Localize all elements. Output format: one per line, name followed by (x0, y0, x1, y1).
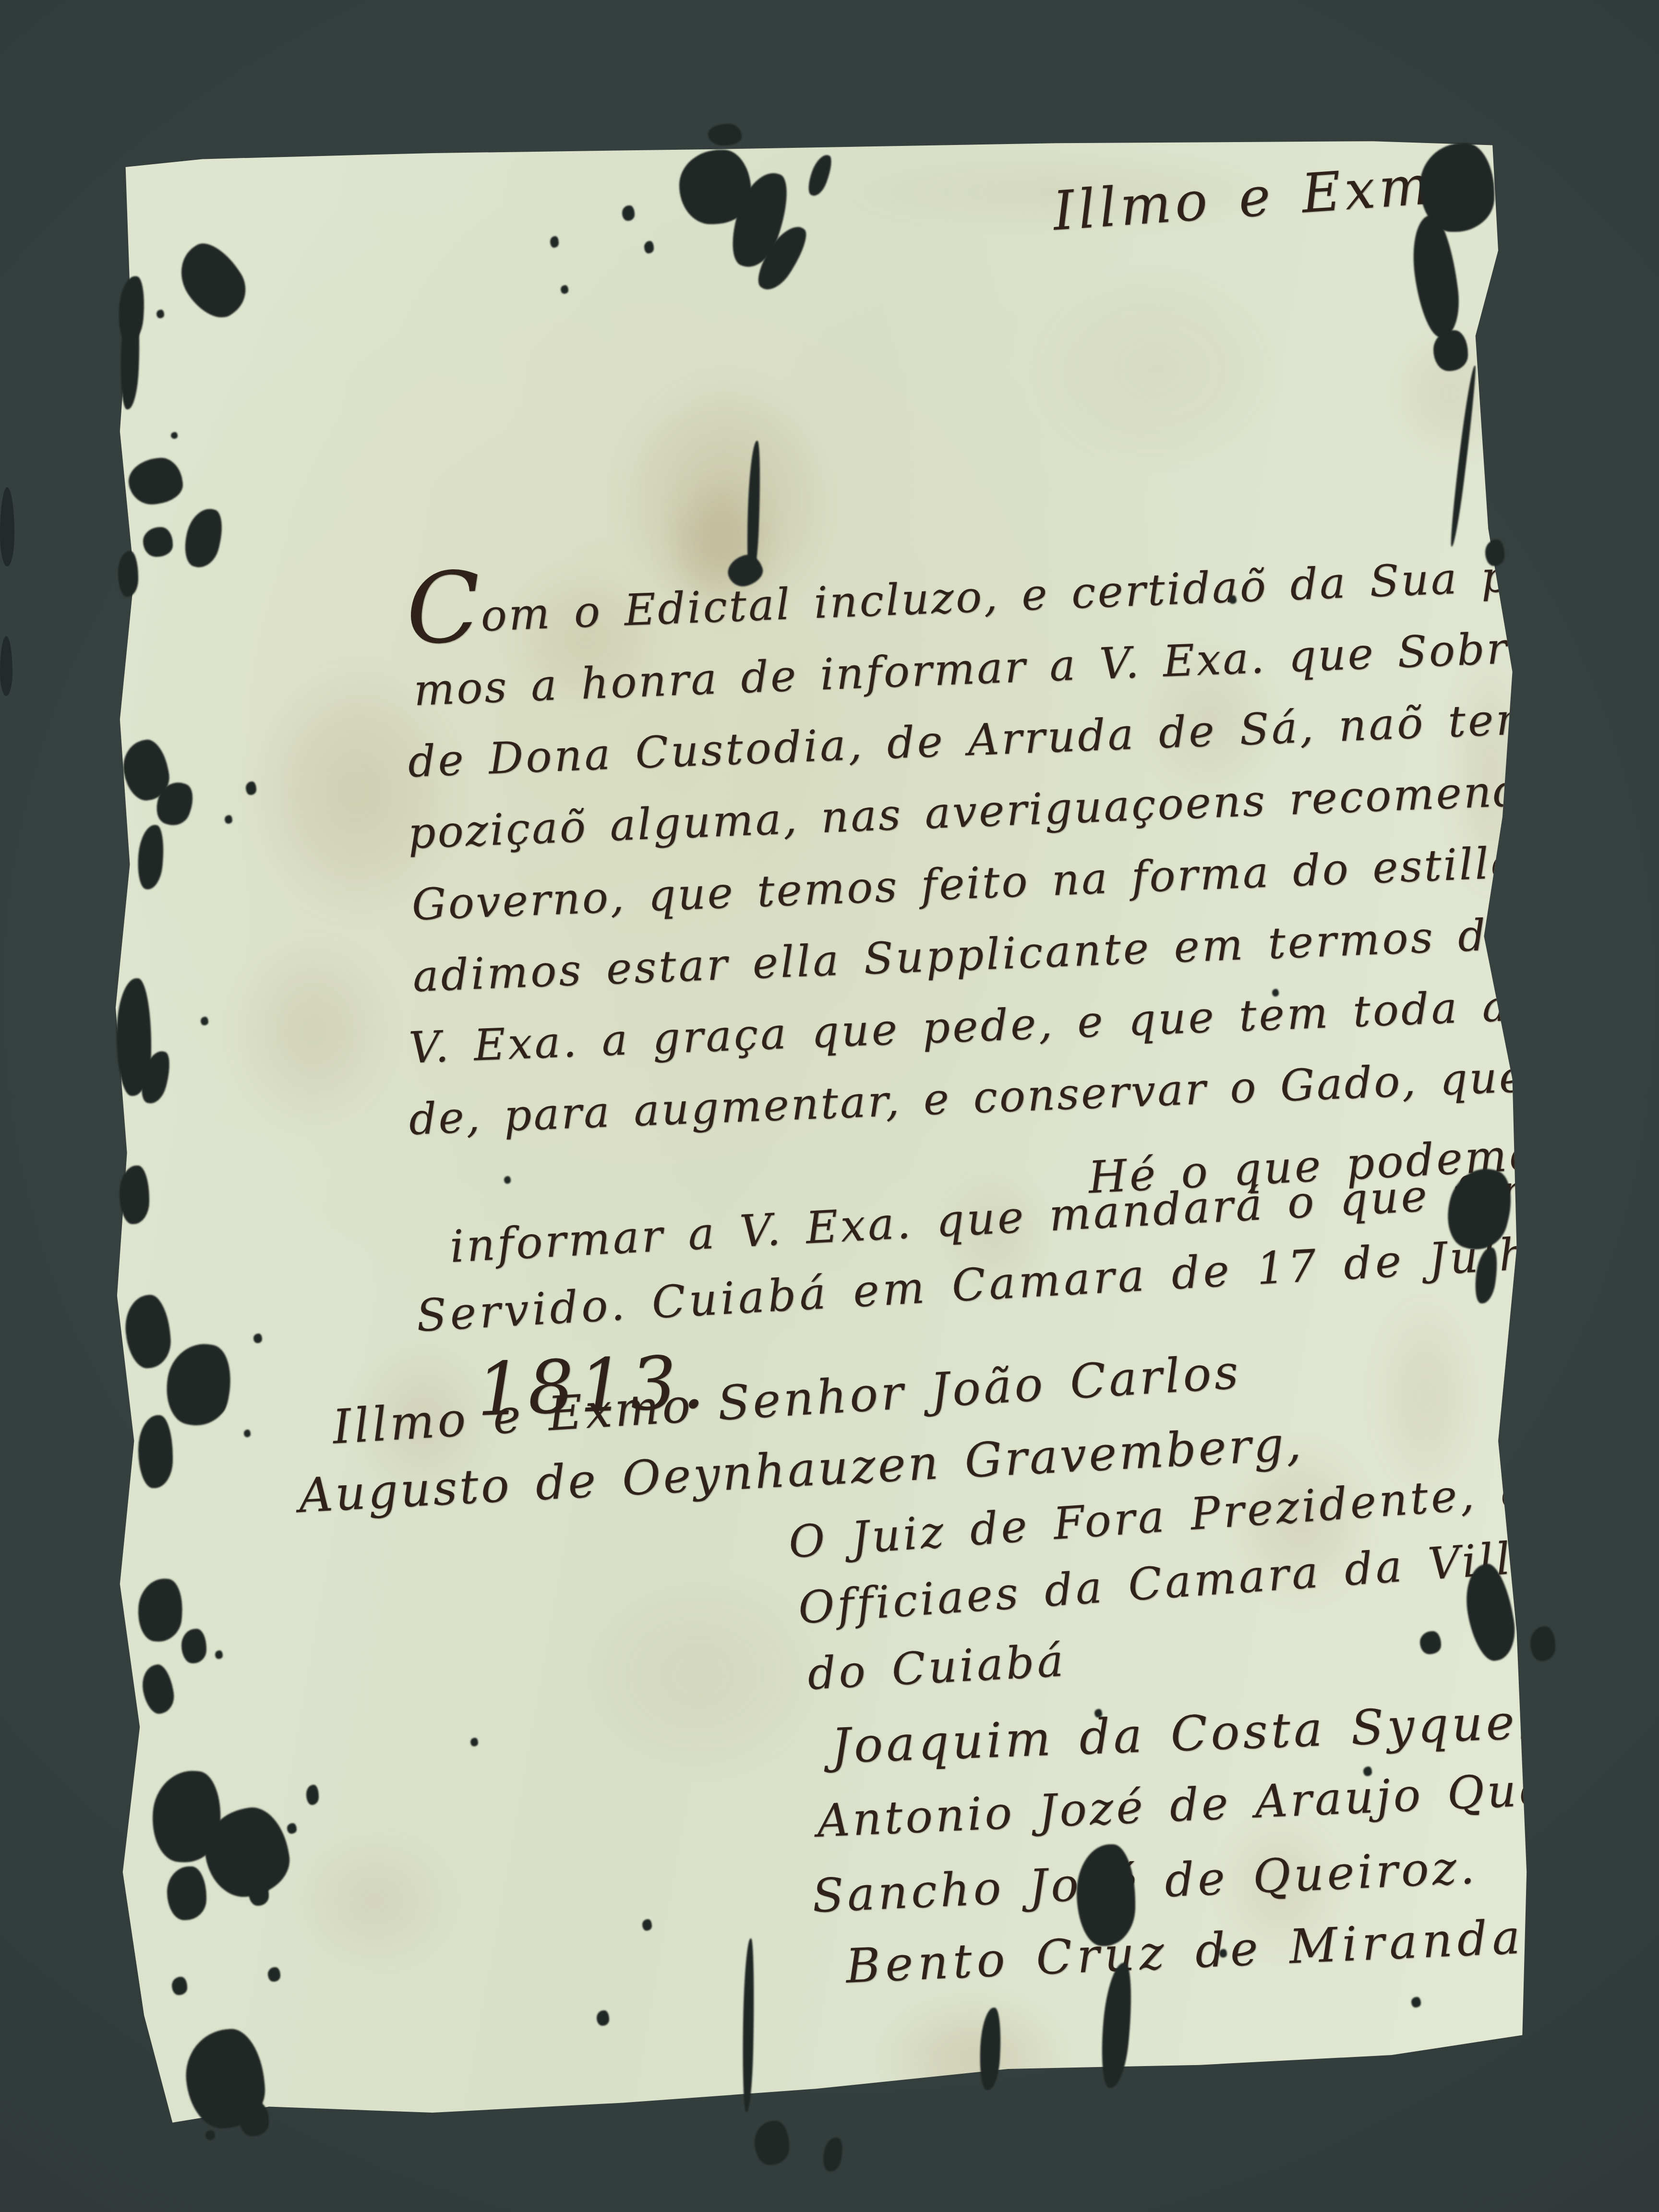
archival-scan-view: Illmo e Exmo SenhorCom o Edictal incluzo… (0, 0, 1659, 2212)
ink-blot (246, 781, 256, 795)
ink-blot (470, 1738, 478, 1746)
ink-blot (244, 1430, 251, 1437)
ink-blot (181, 1629, 206, 1663)
manuscript-line-signature-21: Bento Cruz de Miranda (845, 1913, 1526, 1990)
ink-blot (268, 1967, 280, 1982)
ink-blot (821, 2136, 845, 2173)
ink-blot (1420, 1631, 1441, 1654)
paper-stain (1373, 1296, 1479, 1498)
ink-blot (167, 1866, 206, 1920)
ink-blot (755, 2121, 789, 2165)
manuscript-line-heading-0: Illmo e Exmo Senhor (1051, 138, 1659, 238)
ink-blot (1077, 1844, 1135, 1946)
manuscript-line-signature-18: Joaquim da Costa Syqueira (830, 1695, 1596, 1770)
ink-blot (201, 1386, 226, 1416)
ink-blot (201, 1017, 208, 1025)
ink-blot (1411, 1997, 1421, 2008)
ink-blot (550, 236, 559, 248)
paper-stain (230, 936, 394, 1128)
ink-blot (1094, 1709, 1102, 1718)
ink-blot (118, 551, 138, 597)
ink-blot (239, 2102, 269, 2136)
paper-stain (576, 1575, 826, 1776)
ink-blot (205, 2130, 215, 2140)
paper-sheet: Illmo e Exmo SenhorCom o Edictal incluzo… (113, 139, 1534, 2127)
ink-blot (1485, 540, 1504, 566)
paper-stain (1032, 269, 1282, 470)
ink-blot (171, 432, 178, 439)
manuscript-line-signature-20: Sancho Jozé de Queiroz. (811, 1844, 1479, 1919)
ink-blot (1272, 989, 1279, 997)
ink-blot (644, 241, 654, 253)
paper-stain (883, 1997, 1066, 2122)
ink-blot (1433, 330, 1468, 371)
ink-blot (215, 1650, 223, 1659)
ink-blot (143, 527, 173, 557)
ink-blot (1219, 1949, 1227, 1958)
ink-blot (120, 1166, 149, 1224)
ink-blot (138, 1415, 173, 1488)
ink-blot (642, 1919, 652, 1931)
ink-blot (504, 1176, 511, 1184)
ink-blot (708, 124, 742, 145)
ink-blot (172, 1977, 187, 1995)
ink-blot (561, 285, 568, 294)
ink-blot (225, 815, 232, 824)
ink-blot (622, 205, 635, 221)
ink-blot (1363, 1767, 1372, 1776)
paper-stain (298, 1834, 451, 1968)
ink-blot (597, 2010, 609, 2026)
ink-blot (249, 1881, 269, 1906)
ink-blot (306, 1785, 319, 1805)
ink-blot (156, 310, 164, 318)
ink-blot (1229, 595, 1237, 604)
backing-board-mark (0, 487, 14, 566)
backing-board-mark (0, 636, 12, 696)
manuscript-line-signature-19: Antonio Jozé de Araujo Queiroz (816, 1763, 1648, 1844)
ink-blot (253, 1334, 262, 1343)
ink-blot (1530, 1626, 1555, 1661)
ink-blot (287, 1823, 297, 1834)
manuscript-line-sender-17: do Cuiabá (806, 1639, 1067, 1696)
